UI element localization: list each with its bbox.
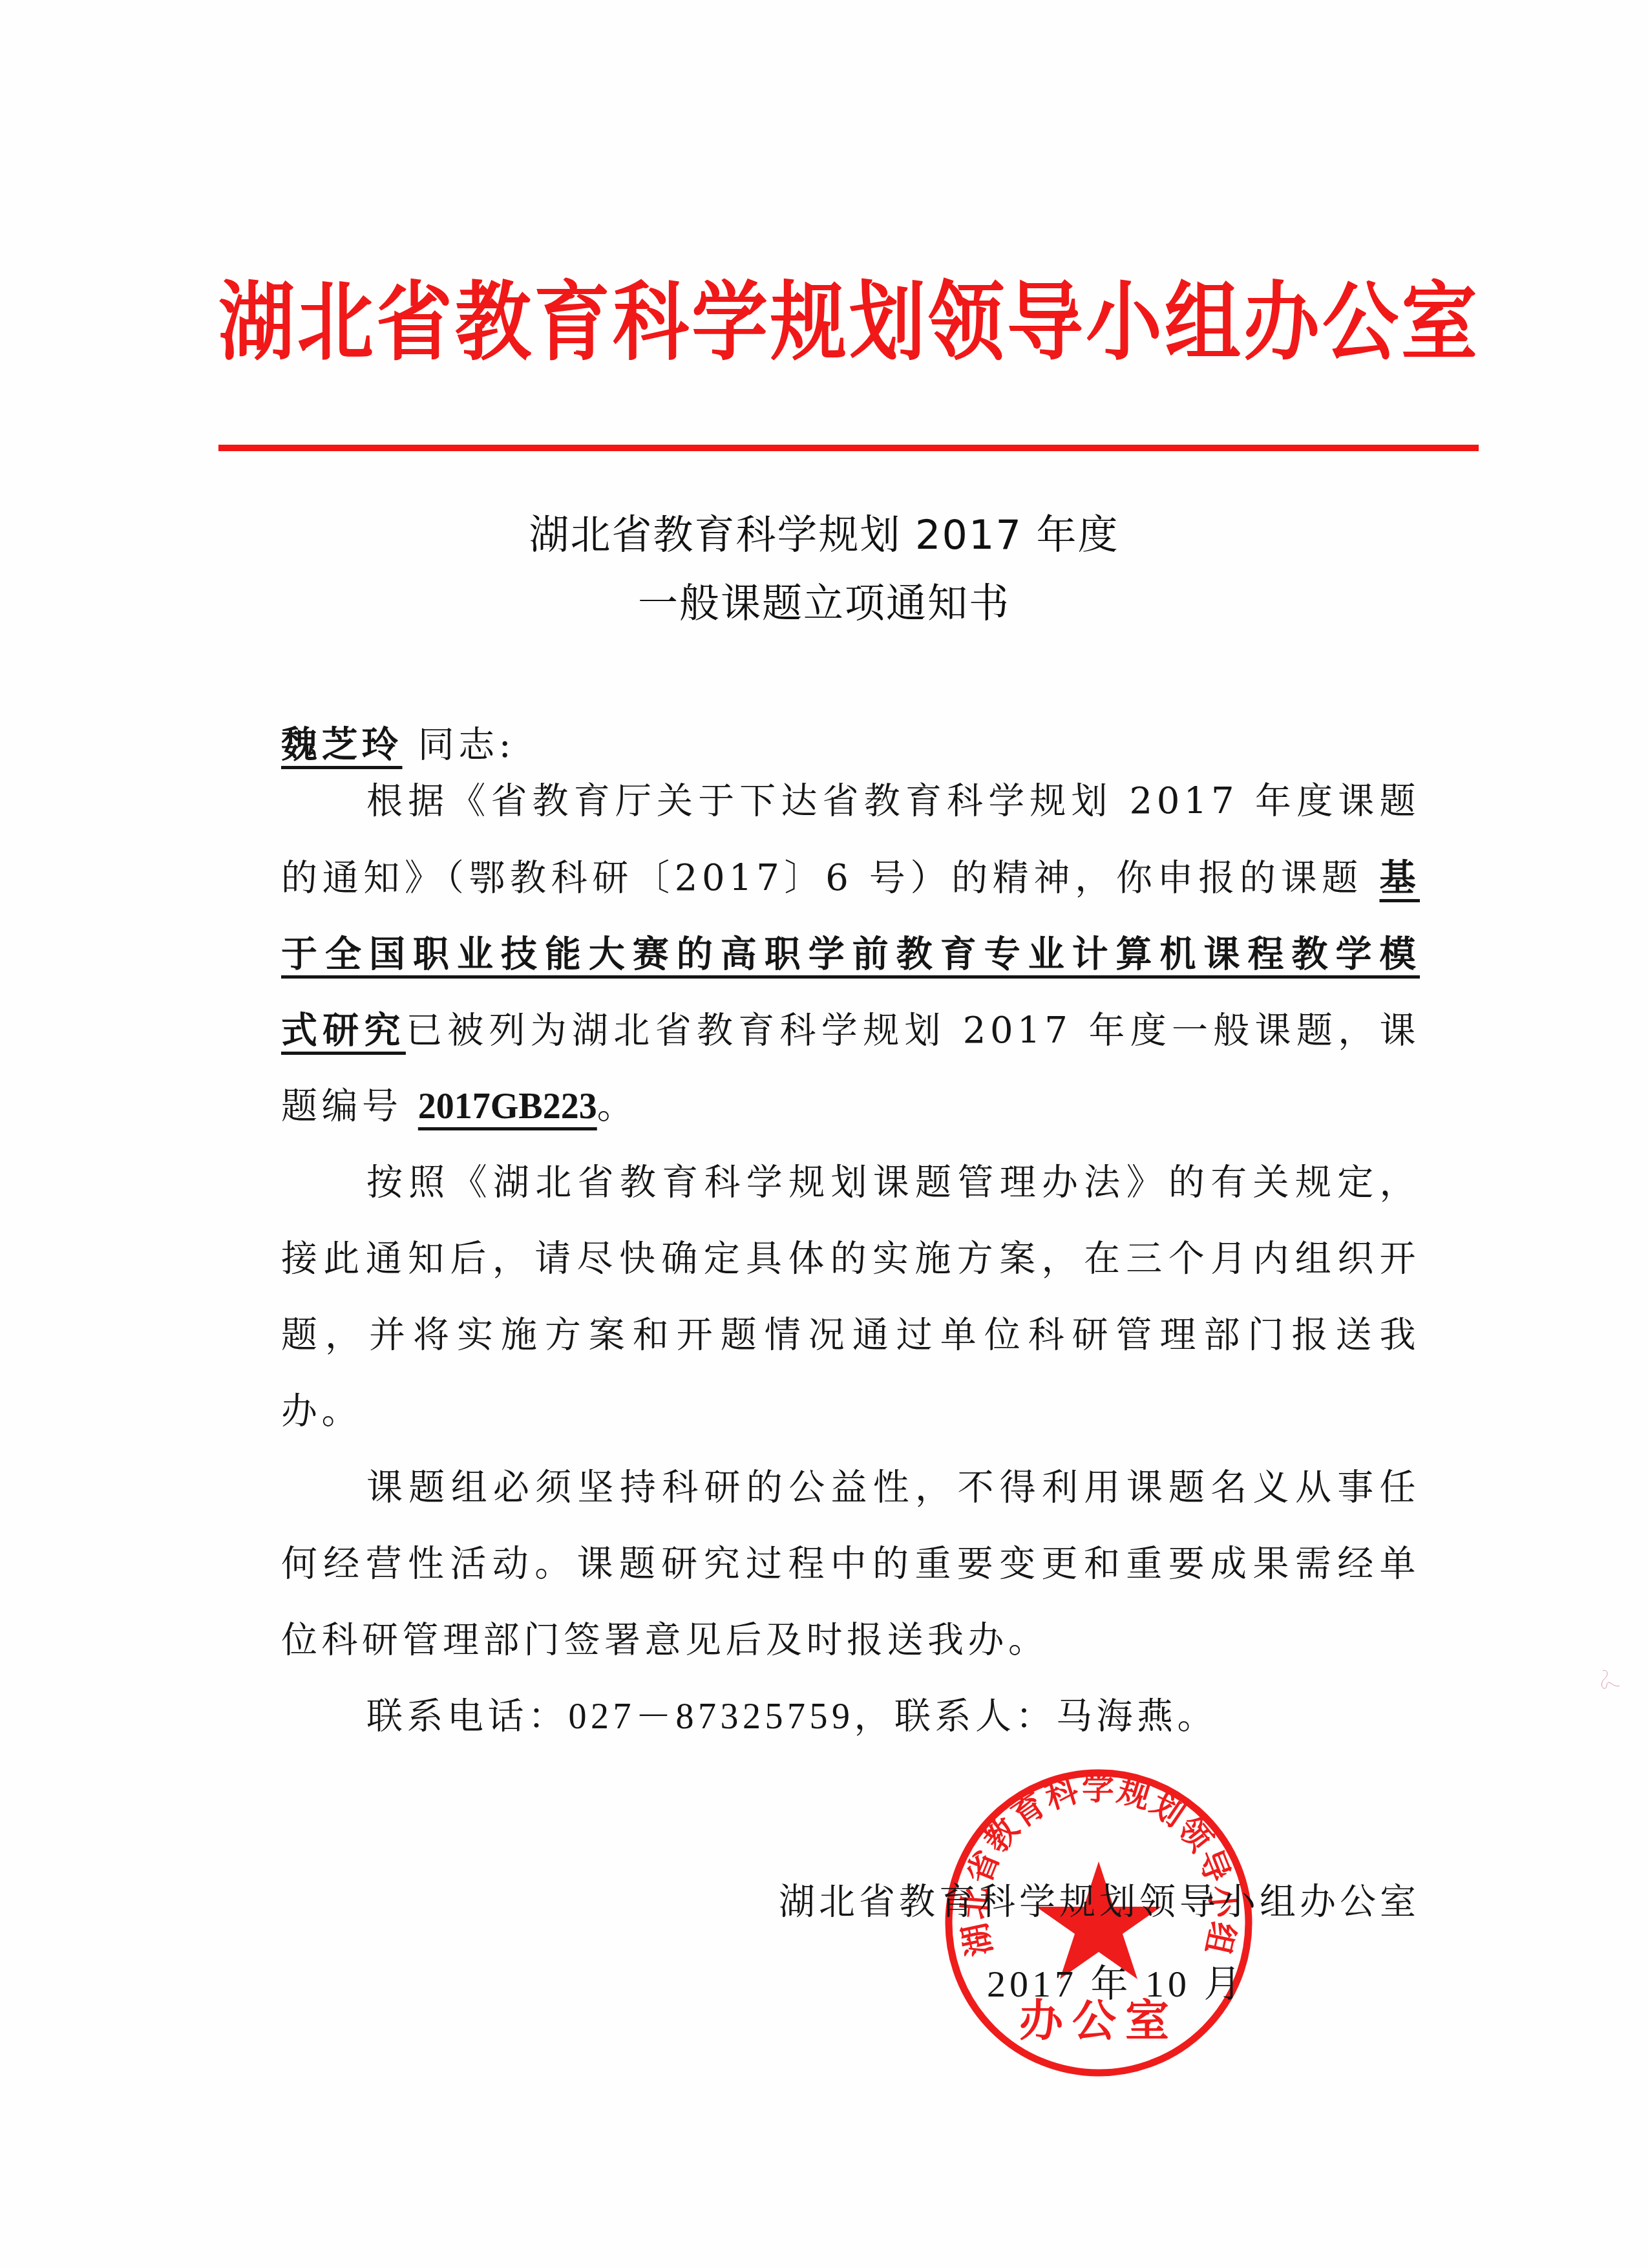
issuer-signature: 湖北省教育科学规划领导小组办公室 xyxy=(779,1873,1420,1925)
recipient-name: 魏芝玲 xyxy=(281,723,403,766)
contact-phone: 027－87325759 xyxy=(569,1697,854,1737)
paragraph-1-line-5: 题编号 2017GB223。 xyxy=(281,1081,637,1132)
contact-line: 联系电话：027－87325759，联系人：马海燕。 xyxy=(366,1691,1218,1743)
letterhead-red-rule xyxy=(218,445,1479,451)
paragraph-2-line-2: 接此通知后，请尽快确定具体的实施方案，在三个月内组织开 xyxy=(281,1233,1420,1285)
document-title-line-1: 湖北省教育科学规划 2017 年度 xyxy=(0,503,1648,560)
letterhead-title: 湖北省教育科学规划领导小组办公室 xyxy=(218,264,1480,379)
issue-date: 2017 年 10 月 xyxy=(987,1953,1245,2008)
paragraph-3-line-1: 课题组必须坚持科研的公益性，不得利用课题名义从事任 xyxy=(366,1462,1420,1514)
scan-artifact-icon xyxy=(1596,1668,1622,1693)
notice-page: 湖北省教育科学规划领导小组办公室 湖北省教育科学规划 2017 年度 一般课题立… xyxy=(0,0,1648,2268)
contact-person: 马海燕 xyxy=(1056,1695,1178,1737)
paragraph-1-line-4: 式研究已被列为湖北省教育科学规划 2017 年度一般课题，课 xyxy=(281,1004,1420,1056)
paragraph-3-line-3: 位科研管理部门签署意见后及时报送我办。 xyxy=(281,1615,1049,1666)
document-title-line-2: 一般课题立项通知书 xyxy=(0,571,1648,629)
paragraph-2-line-3: 题，并将实施方案和开题情况通过单位科研管理部门报送我 xyxy=(281,1309,1420,1361)
paragraph-2-line-4: 办。 xyxy=(281,1386,362,1437)
contact-phone-label: 联系电话： xyxy=(366,1695,569,1737)
project-title-part-1: 基 xyxy=(1380,856,1421,899)
paragraph-2-line-1: 按照《湖北省教育科学规划课题管理办法》的有关规定， xyxy=(366,1157,1420,1209)
salutation: 魏芝玲 同志: xyxy=(281,719,515,770)
paragraph-1-line-1: 根据《省教育厅关于下达省教育科学规划 2017 年度课题 xyxy=(366,776,1420,827)
project-title-part-3: 式研究 xyxy=(281,1009,406,1052)
project-code: 2017GB223 xyxy=(418,1086,597,1127)
project-title-part-2: 于全国职业技能大赛的高职学前教育专业计算机课程教学模 xyxy=(281,928,1420,980)
paragraph-3-line-2: 何经营性活动。课题研究过程中的重要变更和重要成果需经单 xyxy=(281,1538,1420,1590)
salutation-suffix: 同志: xyxy=(403,724,516,766)
paragraph-1-line-2: 的通知》（鄂教科研〔2017〕6 号）的精神，你申报的课题 基 xyxy=(281,852,1420,904)
